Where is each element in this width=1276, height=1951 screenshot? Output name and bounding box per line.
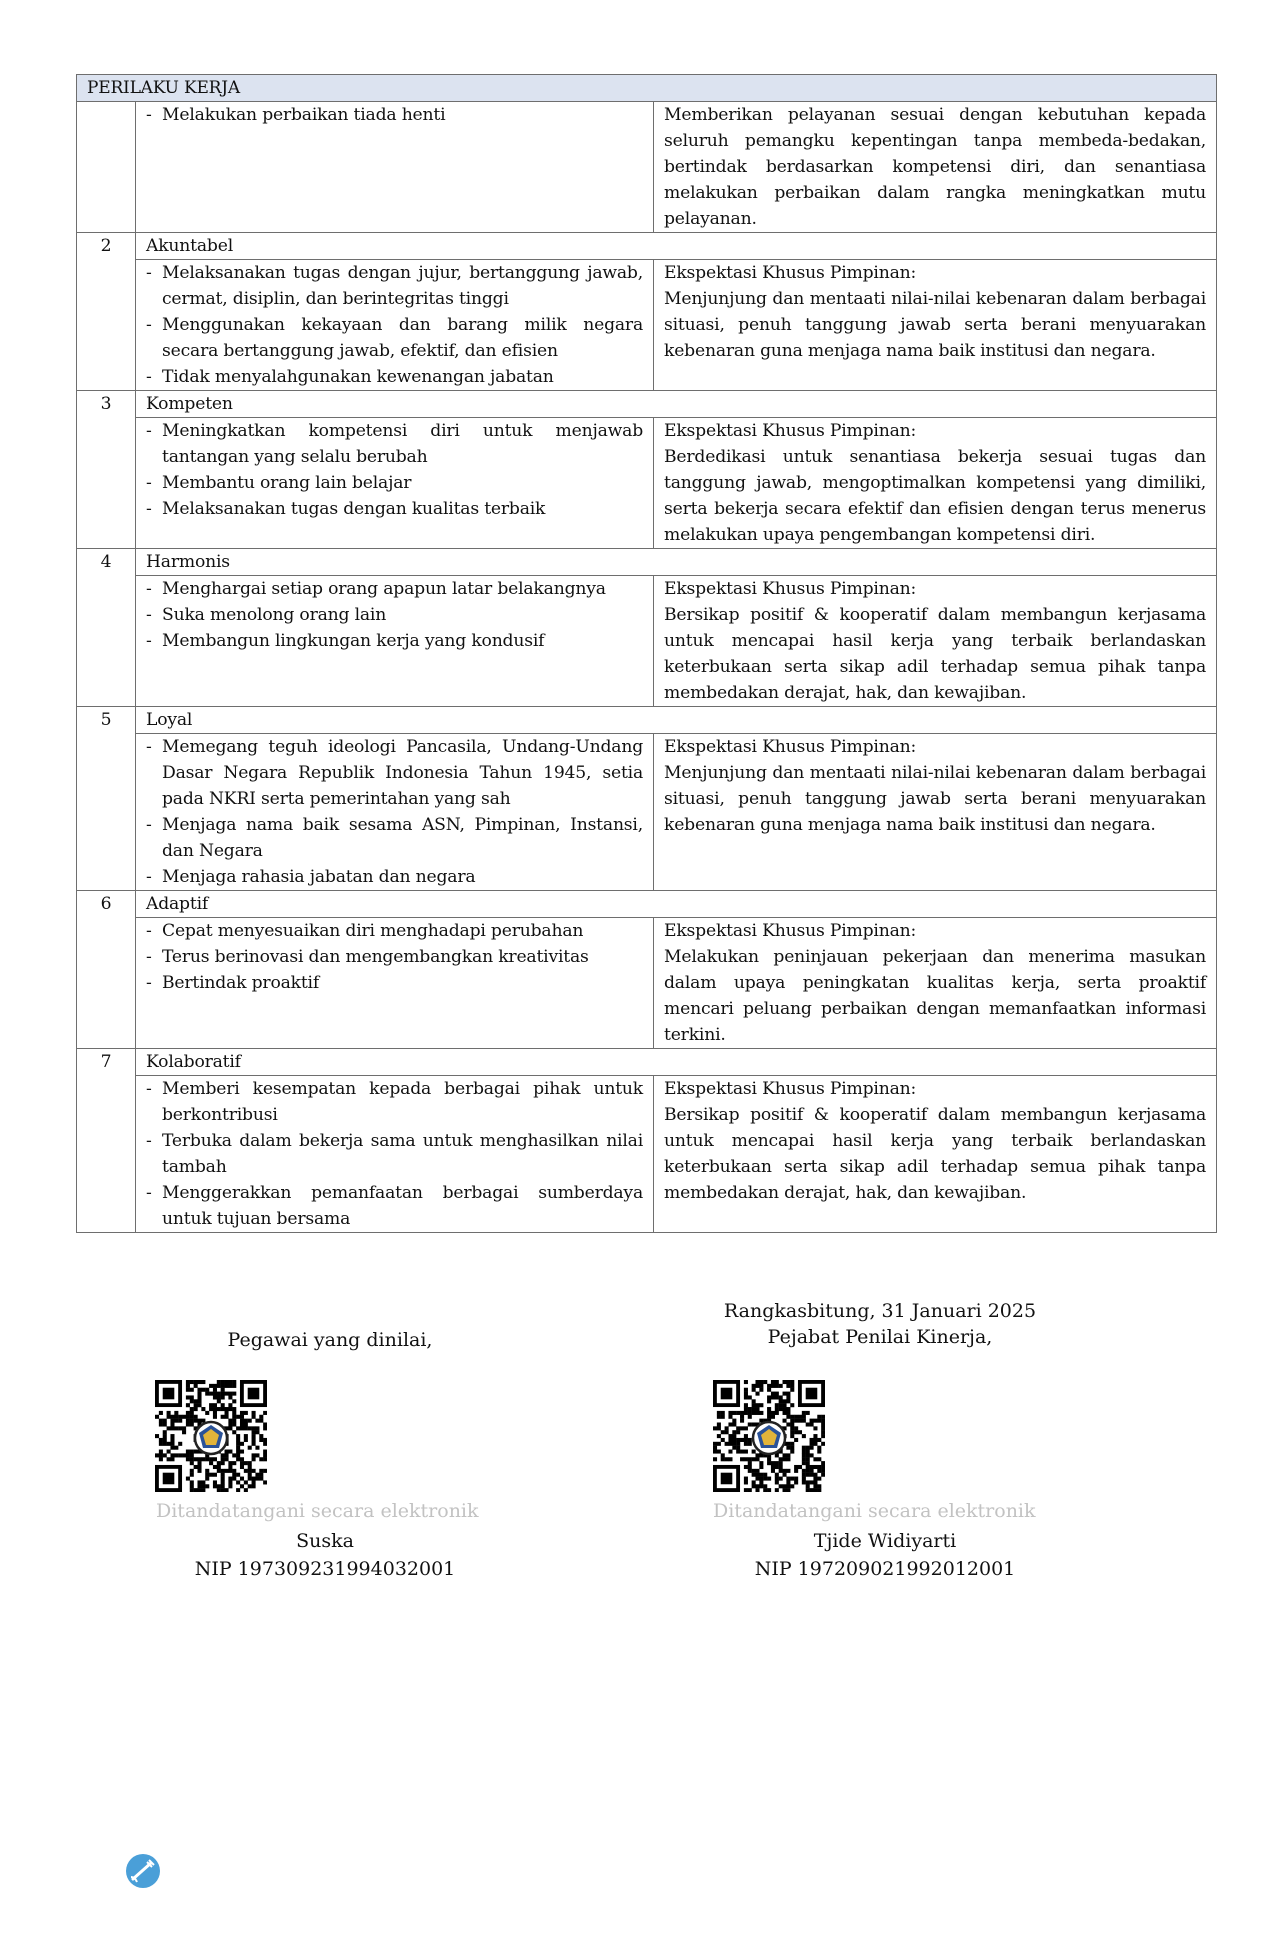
expectation-title: Ekspektasi Khusus Pimpinan:: [664, 918, 1206, 944]
behavior-table: PERILAKU KERJA Melakukan perbaikan tiada…: [76, 74, 1217, 1233]
right-qr-code-icon: [713, 1380, 825, 1492]
behavior-item: Melaksanakan tugas dengan jujur, bertang…: [146, 260, 643, 312]
category-label: Loyal: [136, 707, 1217, 734]
behavior-item: Cepat menyesuaikan diri menghadapi perub…: [146, 918, 643, 944]
left-signer-name: Suska: [150, 1530, 500, 1552]
row-number: 6: [77, 891, 136, 1049]
behavior-row: Melaksanakan tugas dengan jujur, bertang…: [77, 260, 1217, 391]
behavior-row: Cepat menyesuaikan diri menghadapi perub…: [77, 918, 1217, 1049]
expectation-title: Ekspektasi Khusus Pimpinan:: [664, 418, 1206, 444]
category-label: Harmonis: [136, 549, 1217, 576]
behavior-item: Memberi kesempatan kepada berbagai pihak…: [146, 1076, 643, 1128]
behavior-row: Meningkatkan kompetensi diri untuk menja…: [77, 418, 1217, 549]
behavior-list: Cepat menyesuaikan diri menghadapi perub…: [146, 918, 643, 996]
expectation-cell: Ekspektasi Khusus Pimpinan:Berdedikasi u…: [654, 418, 1217, 549]
category-row: 2Akuntabel: [77, 233, 1217, 260]
expectation-text: Menjunjung dan mentaati nilai-nilai kebe…: [664, 760, 1206, 838]
behavior-list: Meningkatkan kompetensi diri untuk menja…: [146, 418, 643, 522]
behavior-items-cell: Melakukan perbaikan tiada henti: [136, 102, 654, 233]
behavior-item: Menggerakkan pemanfaatan berbagai sumber…: [146, 1180, 643, 1232]
document-page: PERILAKU KERJA Melakukan perbaikan tiada…: [0, 0, 1276, 1951]
left-signer-nip: NIP 197309231994032001: [150, 1558, 500, 1580]
behavior-item: Melakukan perbaikan tiada henti: [146, 102, 643, 128]
expectation-cell: Ekspektasi Khusus Pimpinan:Menjunjung da…: [654, 260, 1217, 391]
behavior-item: Menggunakan kekayaan dan barang milik ne…: [146, 312, 643, 364]
section-header: PERILAKU KERJA: [77, 75, 1217, 102]
row-number: 5: [77, 707, 136, 891]
expectation-text: Bersikap positif & kooperatif dalam memb…: [664, 1102, 1206, 1206]
behavior-row: Menghargai setiap orang apapun latar bel…: [77, 576, 1217, 707]
right-signer-nip: NIP 197209021992012001: [710, 1558, 1060, 1580]
category-label: Kompeten: [136, 391, 1217, 418]
expectation-cell: Memberikan pelayanan sesuai dengan kebut…: [654, 102, 1217, 233]
behavior-list: Melakukan perbaikan tiada henti: [146, 102, 643, 128]
left-esign-note: Ditandatangani secara elektronik: [156, 1500, 479, 1522]
left-role-text: Pegawai yang dinilai,: [150, 1327, 510, 1353]
behavior-items-cell: Menghargai setiap orang apapun latar bel…: [136, 576, 654, 707]
behavior-items-cell: Meningkatkan kompetensi diri untuk menja…: [136, 418, 654, 549]
behavior-items-cell: Memberi kesempatan kepada berbagai pihak…: [136, 1076, 654, 1233]
expectation-text: Melakukan peninjauan pekerjaan dan mener…: [664, 944, 1206, 1048]
behavior-list: Melaksanakan tugas dengan jujur, bertang…: [146, 260, 643, 390]
expectation-cell: Ekspektasi Khusus Pimpinan:Melakukan pen…: [654, 918, 1217, 1049]
category-row: 3Kompeten: [77, 391, 1217, 418]
right-role-text: Pejabat Penilai Kinerja,: [700, 1324, 1060, 1350]
behavior-item: Bertindak proaktif: [146, 970, 643, 996]
expectation-cell: Ekspektasi Khusus Pimpinan:Bersikap posi…: [654, 576, 1217, 707]
row-number: 2: [77, 233, 136, 391]
left-qr-code-icon: [155, 1380, 267, 1492]
right-esign-note: Ditandatangani secara elektronik: [713, 1500, 1036, 1522]
behavior-item: Membantu orang lain belajar: [146, 470, 643, 496]
category-label: Akuntabel: [136, 233, 1217, 260]
behavior-item: Menghargai setiap orang apapun latar bel…: [146, 576, 643, 602]
expectation-text: Berdedikasi untuk senantiasa bekerja ses…: [664, 444, 1206, 548]
behavior-list: Menghargai setiap orang apapun latar bel…: [146, 576, 643, 654]
esign-pen-badge-icon: [125, 1853, 161, 1889]
expectation-text: Bersikap positif & kooperatif dalam memb…: [664, 602, 1206, 706]
category-row: 7Kolaboratif: [77, 1049, 1217, 1076]
behavior-row: Memegang teguh ideologi Pancasila, Undan…: [77, 734, 1217, 891]
behavior-item: Menjaga nama baik sesama ASN, Pimpinan, …: [146, 812, 643, 864]
place-date: Rangkasbitung, 31 Januari 2025: [700, 1298, 1060, 1324]
expectation-text: Memberikan pelayanan sesuai dengan kebut…: [664, 102, 1206, 232]
expectation-title: Ekspektasi Khusus Pimpinan:: [664, 1076, 1206, 1102]
expectation-title: Ekspektasi Khusus Pimpinan:: [664, 734, 1206, 760]
category-row: 4Harmonis: [77, 549, 1217, 576]
section-header-row: PERILAKU KERJA: [77, 75, 1217, 102]
row-number: 7: [77, 1049, 136, 1233]
category-row: 6Adaptif: [77, 891, 1217, 918]
behavior-item: Tidak menyalahgunakan kewenangan jabatan: [146, 364, 643, 390]
category-label: Kolaboratif: [136, 1049, 1217, 1076]
behavior-item: Melaksanakan tugas dengan kualitas terba…: [146, 496, 643, 522]
behavior-list: Memberi kesempatan kepada berbagai pihak…: [146, 1076, 643, 1232]
behavior-item: Meningkatkan kompetensi diri untuk menja…: [146, 418, 643, 470]
behavior-item: Memegang teguh ideologi Pancasila, Undan…: [146, 734, 643, 812]
row-number: [77, 102, 136, 233]
expectation-title: Ekspektasi Khusus Pimpinan:: [664, 576, 1206, 602]
behavior-items-cell: Cepat menyesuaikan diri menghadapi perub…: [136, 918, 654, 1049]
right-signer-header: Rangkasbitung, 31 Januari 2025 Pejabat P…: [700, 1298, 1060, 1350]
category-label: Adaptif: [136, 891, 1217, 918]
behavior-item: Terus berinovasi dan mengembangkan kreat…: [146, 944, 643, 970]
category-row: 5Loyal: [77, 707, 1217, 734]
behavior-item: Menjaga rahasia jabatan dan negara: [146, 864, 643, 890]
right-signer-name: Tjide Widiyarti: [710, 1530, 1060, 1552]
left-signer-role: Pegawai yang dinilai,: [150, 1327, 510, 1353]
behavior-item: Suka menolong orang lain: [146, 602, 643, 628]
behavior-items-cell: Melaksanakan tugas dengan jujur, bertang…: [136, 260, 654, 391]
behavior-row: Melakukan perbaikan tiada hentiMemberika…: [77, 102, 1217, 233]
behavior-list: Memegang teguh ideologi Pancasila, Undan…: [146, 734, 643, 890]
row-number: 3: [77, 391, 136, 549]
behavior-items-cell: Memegang teguh ideologi Pancasila, Undan…: [136, 734, 654, 891]
behavior-item: Terbuka dalam bekerja sama untuk menghas…: [146, 1128, 643, 1180]
expectation-cell: Ekspektasi Khusus Pimpinan:Bersikap posi…: [654, 1076, 1217, 1233]
row-number: 4: [77, 549, 136, 707]
expectation-cell: Ekspektasi Khusus Pimpinan:Menjunjung da…: [654, 734, 1217, 891]
expectation-text: Menjunjung dan mentaati nilai-nilai kebe…: [664, 286, 1206, 364]
behavior-row: Memberi kesempatan kepada berbagai pihak…: [77, 1076, 1217, 1233]
behavior-item: Membangun lingkungan kerja yang kondusif: [146, 628, 643, 654]
expectation-title: Ekspektasi Khusus Pimpinan:: [664, 260, 1206, 286]
